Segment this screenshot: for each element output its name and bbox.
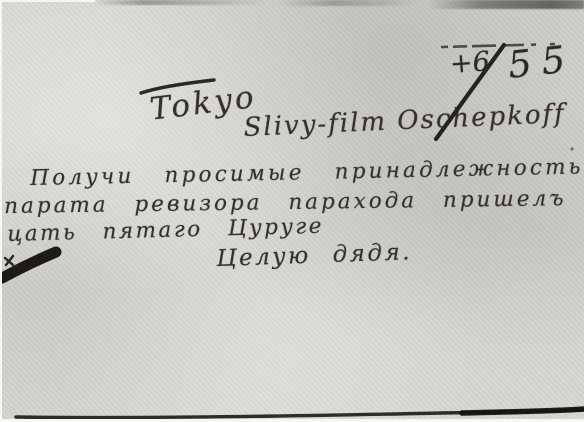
top-edge-smudge-right bbox=[428, 0, 584, 9]
photo-margin-top-left bbox=[0, 0, 95, 2]
serial-prefix: +6 bbox=[449, 46, 491, 80]
serial-suffix: 55 bbox=[506, 37, 577, 87]
telegram-photo: { "telegram": { "destination": "Tokyo", … bbox=[0, 0, 584, 422]
top-edge-smudge-middle bbox=[278, 0, 418, 6]
photo-margin-left bbox=[0, 0, 2, 422]
top-edge-smudge-left bbox=[92, 0, 267, 5]
